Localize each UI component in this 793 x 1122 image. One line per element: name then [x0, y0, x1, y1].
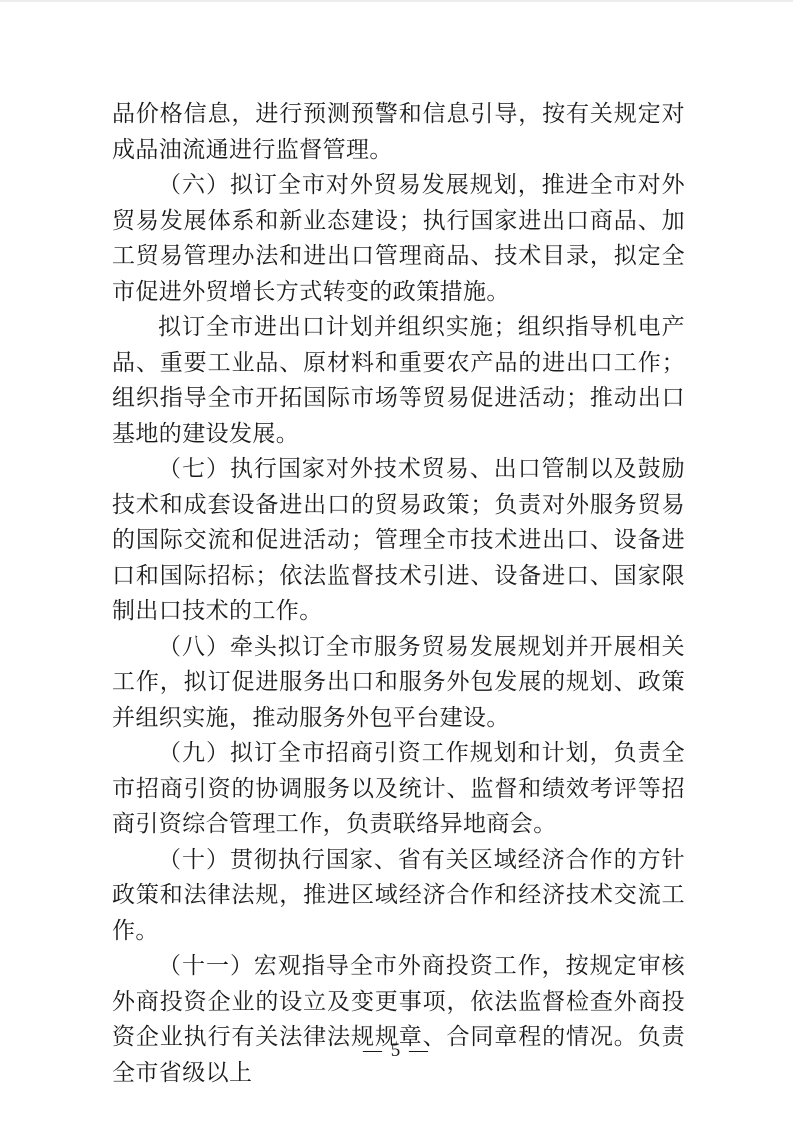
- document-body: 品价格信息，进行预测预警和信息引导，按有关规定对成品油流通进行监督管理。 （六）…: [112, 96, 685, 1090]
- paragraph-continuation: 品价格信息，进行预测预警和信息引导，按有关规定对成品油流通进行监督管理。: [112, 96, 685, 167]
- paragraph-item-10: （十）贯彻执行国家、省有关区域经济合作的方针政策和法律法规，推进区域经济合作和经…: [112, 842, 685, 949]
- paragraph-item-6: （六）拟订全市对外贸易发展规划，推进全市对外贸易发展体系和新业态建设；执行国家进…: [112, 167, 685, 309]
- paragraph-item-11: （十一）宏观指导全市外商投资工作，按规定审核外商投资企业的设立及变更事项，依法监…: [112, 948, 685, 1090]
- paragraph-item-6-sub: 拟订全市进出口计划并组织实施；组织指导机电产品、重要工业品、原材料和重要农产品的…: [112, 309, 685, 451]
- document-page: 品价格信息，进行预测预警和信息引导，按有关规定对成品油流通进行监督管理。 （六）…: [0, 0, 793, 1122]
- paragraph-item-8: （八）牵头拟订全市服务贸易发展规划并开展相关工作，拟订促进服务出口和服务外包发展…: [112, 629, 685, 736]
- page-number: — 5 —: [0, 1040, 793, 1062]
- paragraph-item-9: （九）拟订全市招商引资工作规划和计划，负责全市招商引资的协调服务以及统计、监督和…: [112, 735, 685, 842]
- paragraph-item-7: （七）执行国家对外技术贸易、出口管制以及鼓励技术和成套设备进出口的贸易政策；负责…: [112, 451, 685, 629]
